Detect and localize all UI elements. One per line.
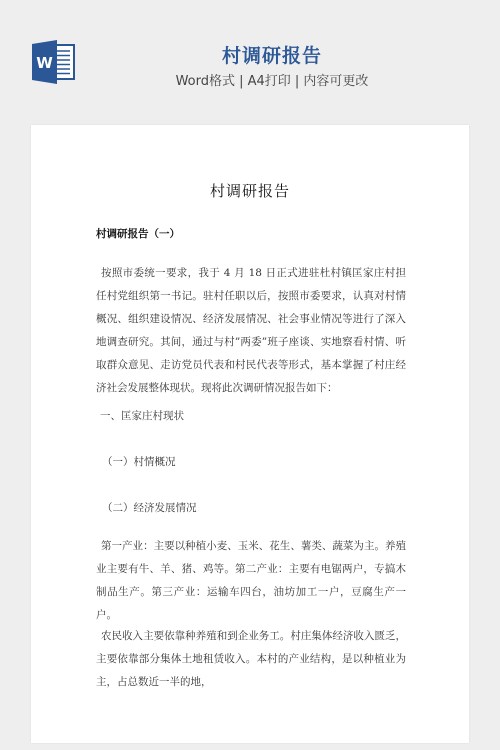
document-page: 村调研报告 村调研报告（一） 按照市委统一要求，我于 4 月 18 日正式进驻杜… [31,125,469,743]
paragraph-intro: 按照市委统一要求，我于 4 月 18 日正式进驻杜村镇匡家庄村担任村党组织第一书… [96,262,406,400]
document-title: 村调研报告 [31,180,469,202]
section-title: 村调研报告（一） [96,226,180,242]
banner-title: 村调研报告 [0,43,500,69]
paragraph-income: 农民收入主要依靠种养殖和到企业务工。村庄集体经济收入匮乏，主要依靠部分集体土地租… [96,625,406,694]
banner: W 村调研报告 Word格式 | A4打印 | 内容可更改 [0,0,500,120]
paragraph-industries: 第一产业：主要以种植小麦、玉米、花生、薯类、蔬菜为主。养殖业主要有牛、羊、猪、鸡… [96,535,406,627]
heading-village-overview: （一）村情概况 [102,454,176,470]
banner-subtitle: Word格式 | A4打印 | 内容可更改 [0,72,500,92]
heading-village-status: 一、匡家庄村现状 [100,408,184,424]
heading-economic-development: （二）经济发展情况 [102,500,197,516]
